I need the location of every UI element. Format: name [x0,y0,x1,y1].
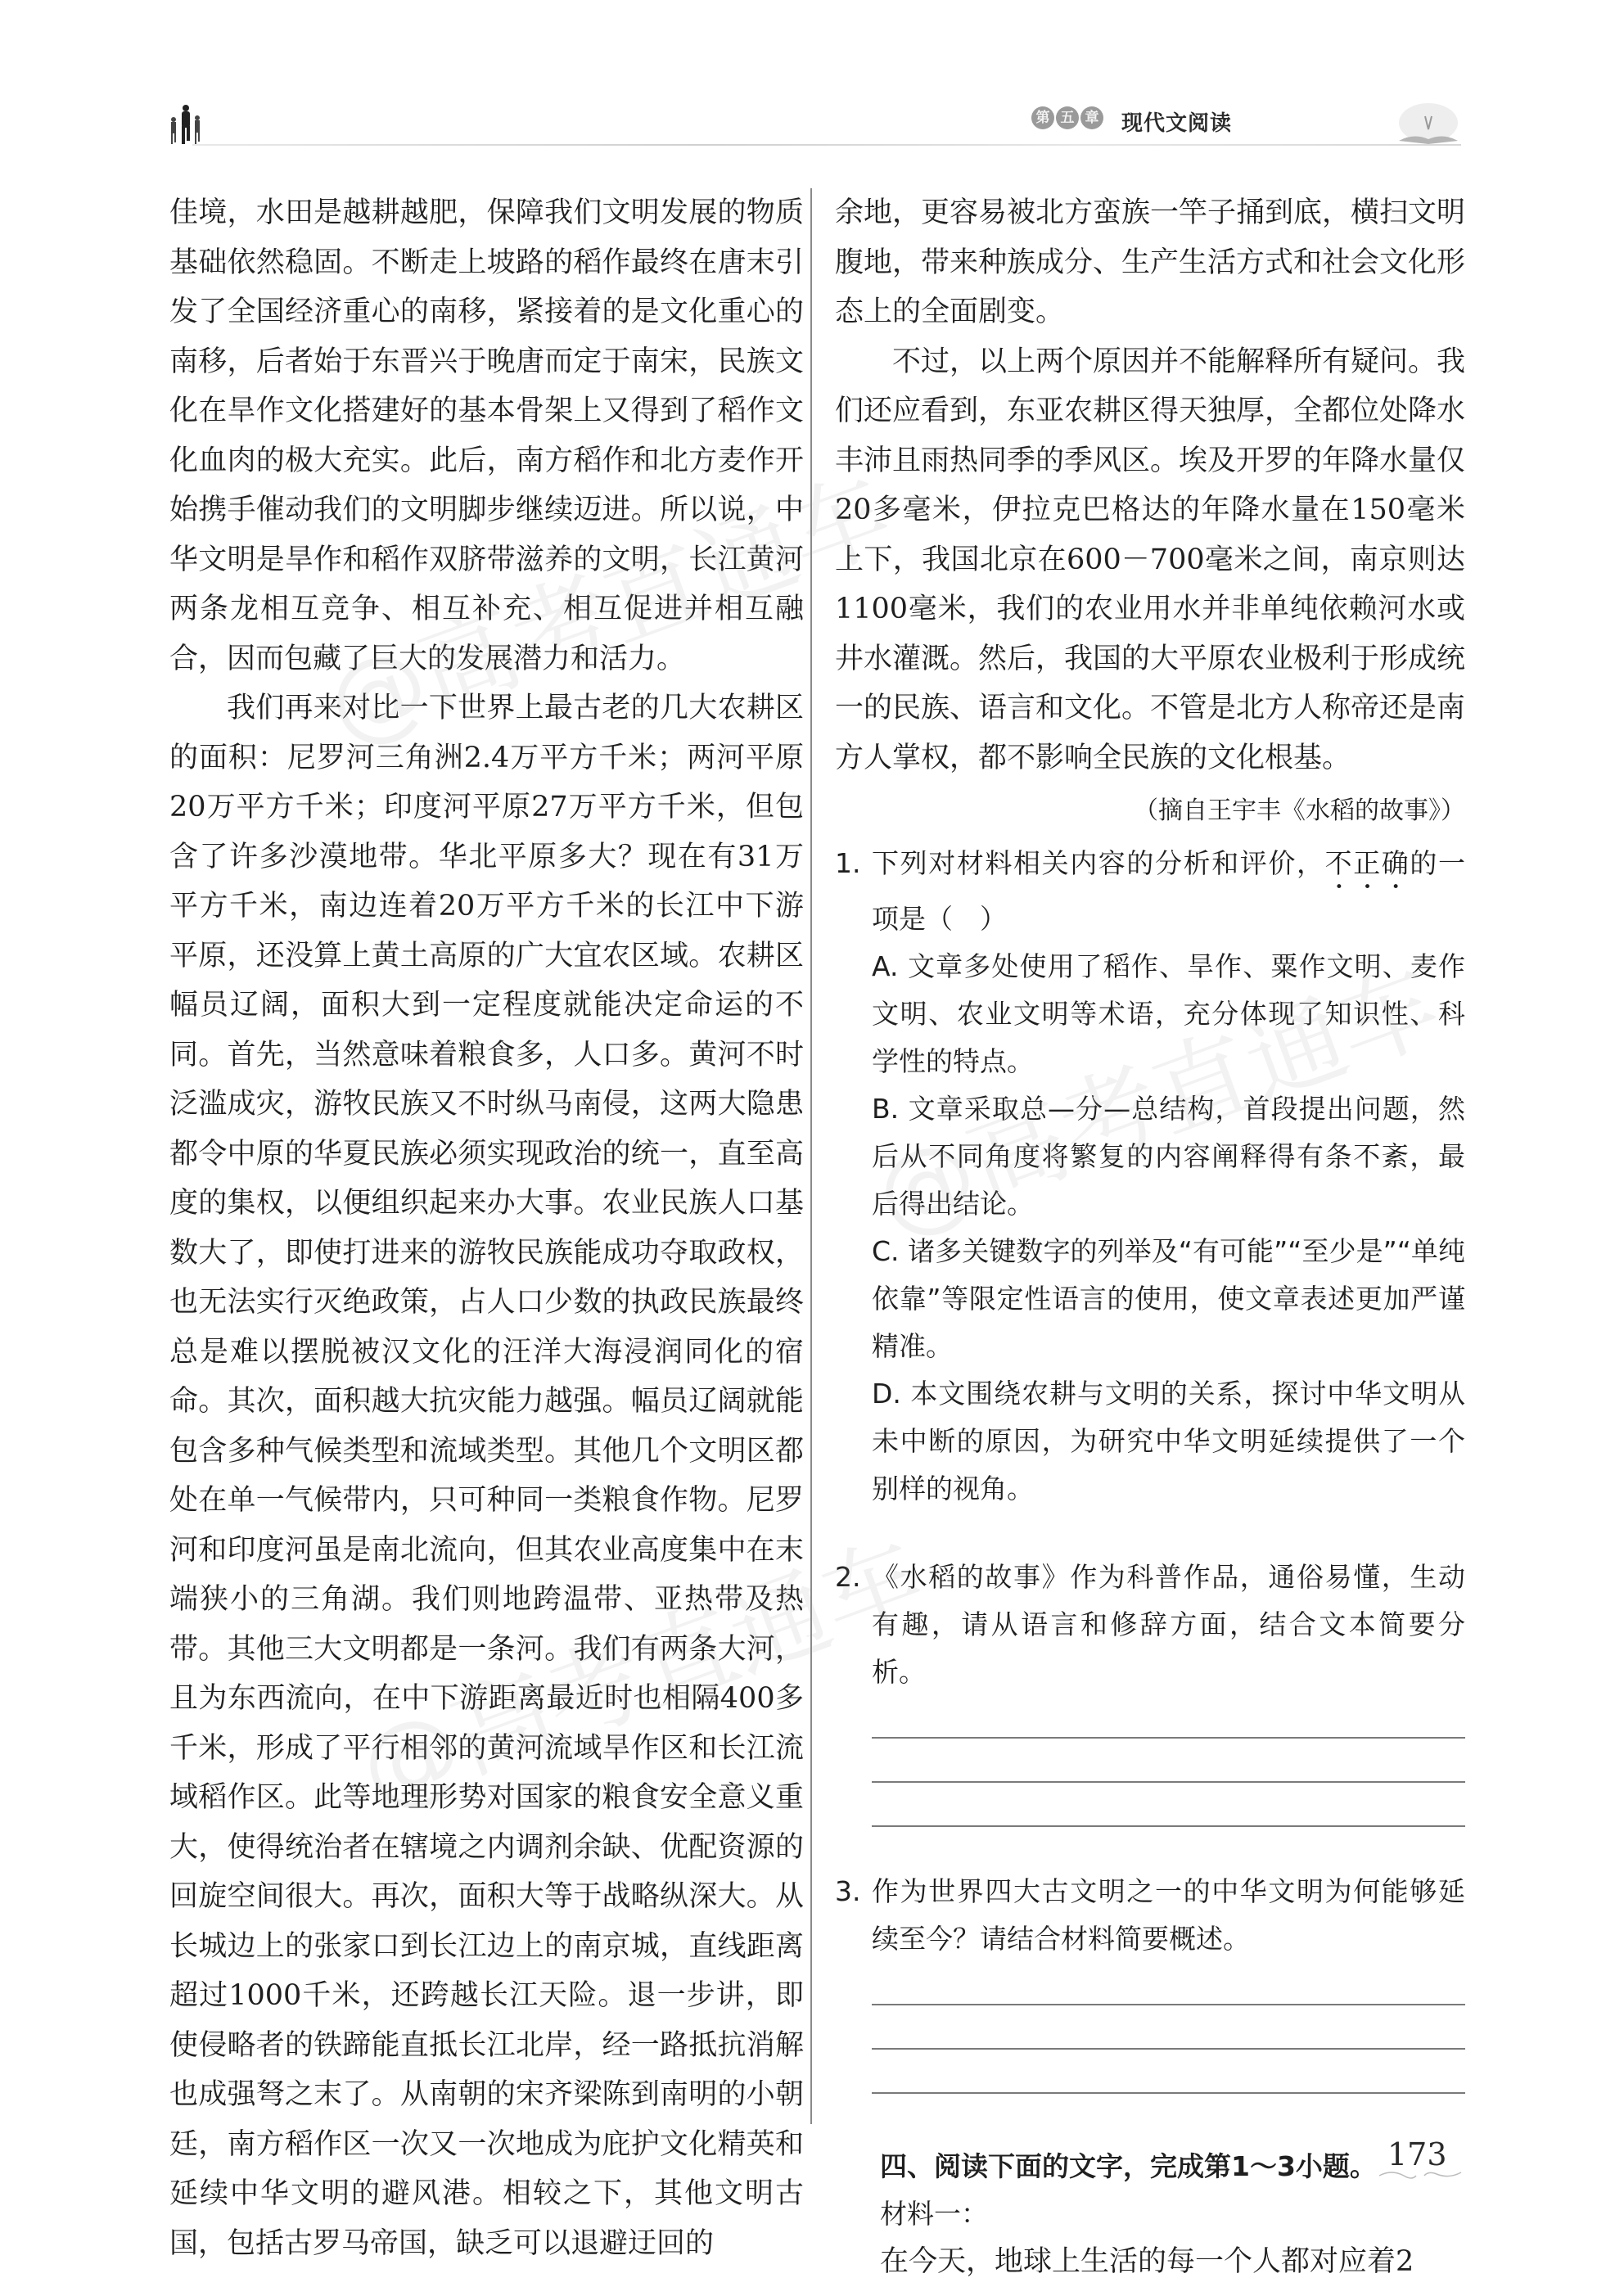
runners-icon [168,103,204,149]
question-stem: 下列对材料相关内容的分析和评价，不正确的一项是（ ） [872,840,1465,943]
emphasized-text: 不正确 [1325,847,1410,879]
question-number: 1. [835,840,872,943]
question-3: 3. 作为世界四大古文明之一的中华文明为何能够延续至今？请结合材料简要概述。 [835,1868,1465,2094]
source-citation: （摘自王宇丰《水稻的故事》） [835,787,1465,835]
option-d: D. 本文围绕农耕与文明的关系，探讨中华文明从未中断的原因，为研究中华文明延续提… [872,1370,1465,1513]
question-stem: 作为世界四大古文明之一的中华文明为何能够延续至今？请结合材料简要概述。 [872,1868,1465,1963]
article-paragraph: 我们再来对比一下世界上最古老的几大农耕区的面积：尼罗河三角洲2.4万平方千米；两… [169,683,804,2268]
question-1: 1. 下列对材料相关内容的分析和评价，不正确的一项是（ ） A. 文章多处使用了… [835,840,1465,1513]
material-text: 在今天，地球上生活的每一个人都对应着2 [880,2238,1465,2285]
option-c: C. 诸多关键数字的列举及“有可能”“至少是”“单纯依靠”等限定性语言的使用，使… [872,1228,1465,1370]
left-column: 佳境，水田是越耕越肥，保障我们文明发展的物质基础依然稳固。不断走上坡路的稻作最终… [169,188,804,2268]
question-number: 3. [835,1868,872,1963]
material-label: 材料一： [880,2190,1465,2238]
chapter-badge: 第 五 章 [1031,106,1103,129]
article-paragraph: 佳境，水田是越耕越肥，保障我们文明发展的物质基础依然稳固。不断走上坡路的稻作最终… [169,188,804,683]
chapter-badge-char: 章 [1080,106,1103,129]
section-title: 现代文阅读 [1121,106,1232,137]
column-divider [810,188,812,2124]
article-paragraph: 不过，以上两个原因并不能解释所有疑问。我们还应看到，东亚农耕区得天独厚，全都位处… [835,337,1465,783]
header-rule [192,144,1461,146]
footer-ornament-icon [1375,2167,1465,2184]
article-paragraph: 余地，更容易被北方蛮族一竿子捅到底，横扫文明腹地，带来种族成分、生产生活方式和社… [835,188,1465,337]
question-2: 2. 《水稻的故事》作为科普作品，通俗易懂，生动有趣，请从语言和修辞方面，结合文… [835,1554,1465,1827]
chapter-badge-char: 第 [1031,106,1054,129]
open-book-icon [1396,100,1461,147]
question-stem: 《水稻的故事》作为科普作品，通俗易懂，生动有趣，请从语言和修辞方面，结合文本简要… [872,1554,1465,1696]
option-b: B. 文章采取总—分—总结构，首段提出问题，然后从不同角度将繁复的内容阐释得有条… [872,1085,1465,1228]
right-column: 余地，更容易被北方蛮族一竿子捅到底，横扫文明腹地，带来种族成分、生产生活方式和社… [835,188,1465,2285]
question-number: 2. [835,1554,872,1696]
question-stem-text: 下列对材料相关内容的分析和评价， [872,847,1325,879]
page-header: 第 五 章 现代文阅读 [168,97,1461,154]
chapter-badge-char: 五 [1056,106,1079,129]
option-a: A. 文章多处使用了稻作、旱作、粟作文明、麦作文明、农业文明等术语，充分体现了知… [872,943,1465,1085]
